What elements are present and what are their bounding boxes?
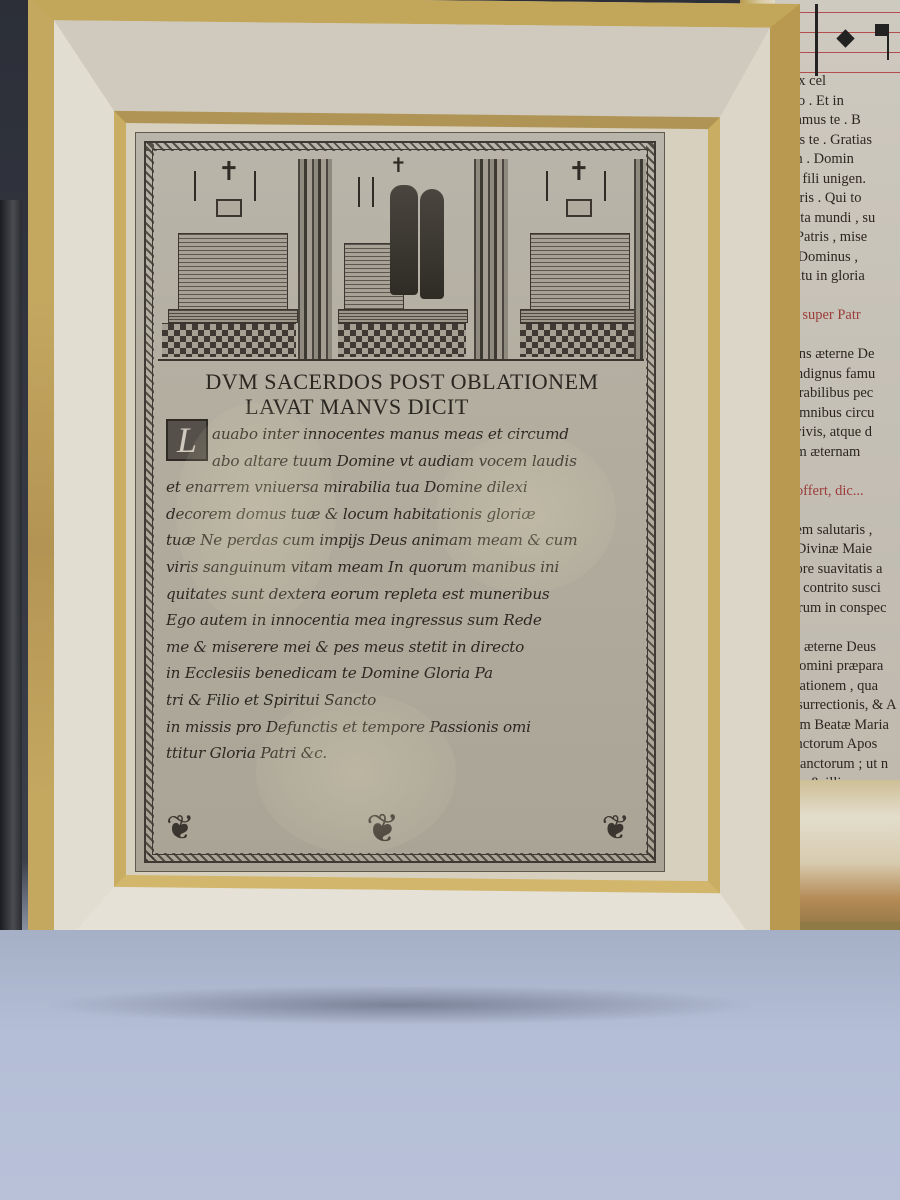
text-line: in Ecclesiis benedicam te Domine Gloria … — [166, 660, 642, 687]
text-line: me & miserere mei & pes meus stetit in d… — [166, 634, 642, 661]
altar-card-icon — [566, 199, 592, 217]
column — [634, 159, 646, 359]
floral-ornament-icon: ❦ — [166, 811, 195, 845]
background-dark-object — [0, 200, 22, 960]
frame-shadow — [40, 985, 760, 1025]
altar-card-icon — [216, 199, 242, 217]
priest-figure — [390, 185, 418, 295]
altar-right — [530, 233, 630, 313]
crucifix-icon: ✝ — [568, 159, 590, 185]
crucifix-icon: ✝ — [390, 155, 407, 175]
altar-left — [178, 233, 288, 313]
engraving-altars: ✝ ✝ ✝ — [158, 155, 644, 361]
server-figure — [420, 189, 444, 299]
crucifix-icon: ✝ — [218, 159, 240, 185]
main-document: ✝ ✝ ✝ DVM SACERDOS POST OBLATIONEM LAVAT… — [135, 132, 665, 872]
staff-barline — [815, 4, 818, 76]
floral-ornament-icon: ❦ — [602, 811, 631, 845]
table-surface — [0, 930, 900, 1200]
column — [474, 159, 508, 359]
column — [298, 159, 332, 359]
